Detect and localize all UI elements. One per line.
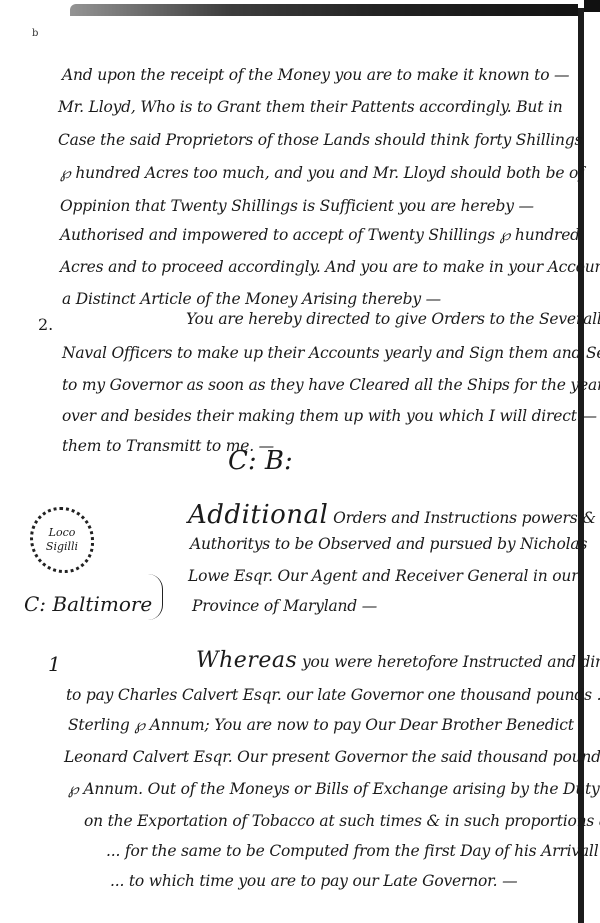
section1-line-4: ℘ hundred Acres too much, and you and Mr… bbox=[60, 164, 584, 182]
section1-line-5: Oppinion that Twenty Shillings is Suffic… bbox=[60, 197, 534, 215]
section3-line-7: ... for the same to be Computed from the… bbox=[106, 842, 600, 860]
signature-text: C: Baltimore bbox=[24, 592, 152, 616]
section3-number: 1 bbox=[48, 652, 61, 676]
section3-line-8: ... to which time you are to pay our Lat… bbox=[110, 872, 517, 890]
seal-text-loco: Loco bbox=[49, 526, 76, 540]
header-line-2: Authoritys to be Observed and pursued by… bbox=[190, 535, 587, 553]
header-line-4: Province of Maryland — bbox=[192, 597, 377, 615]
section1-line-8: a Distinct Article of the Money Arising … bbox=[62, 290, 441, 308]
section2-line-2: Naval Officers to make up their Accounts… bbox=[62, 344, 600, 362]
section1-line-3: Case the said Proprietors of those Lands… bbox=[58, 131, 582, 149]
scan-top-shadow bbox=[70, 4, 600, 16]
header-line-1-text: Orders and Instructions powers & bbox=[333, 509, 596, 527]
seal-text-sigilli: Sigilli bbox=[46, 540, 78, 554]
signature-brace bbox=[148, 574, 163, 620]
corner-mark: b bbox=[32, 28, 38, 39]
section3-opening-word: Whereas bbox=[196, 648, 297, 673]
section1-line-7: Acres and to proceed accordingly. And yo… bbox=[60, 258, 600, 276]
manuscript-page: b And upon the receipt of the Money you … bbox=[0, 0, 600, 923]
section1-line-2: Mr. Lloyd, Who is to Grant them their Pa… bbox=[58, 98, 563, 116]
section2-line-3: to my Governor as soon as they have Clea… bbox=[62, 376, 600, 394]
header-title-word: Additional bbox=[188, 500, 328, 530]
section2-line-1: You are hereby directed to give Orders t… bbox=[186, 310, 600, 328]
section3-line-3: Sterling ℘ Annum; You are now to pay Our… bbox=[68, 716, 574, 734]
loco-sigilli-seal: Loco Sigilli bbox=[30, 507, 94, 573]
section3-line-4: Leonard Calvert Esqr. Our present Govern… bbox=[64, 748, 600, 766]
section2-line-4: over and besides their making them up wi… bbox=[62, 407, 597, 425]
section3-line-2: to pay Charles Calvert Esqr. our late Go… bbox=[66, 686, 600, 704]
section3-line-1: Whereas you were heretofore Instructed a… bbox=[196, 648, 600, 673]
section3-line-6: on the Exportation of Tobacco at such ti… bbox=[84, 812, 600, 830]
section2-number: 2. bbox=[38, 315, 53, 334]
initials-cb: C: B: bbox=[228, 446, 293, 476]
section1-line-1: And upon the receipt of the Money you ar… bbox=[62, 66, 569, 84]
header-line-3: Lowe Esqr. Our Agent and Receiver Genera… bbox=[188, 567, 578, 585]
section1-line-6: Authorised and impowered to accept of Tw… bbox=[60, 226, 580, 244]
section3-line-1-text: you were heretofore Instructed and direc… bbox=[302, 653, 600, 671]
signature-baltimore: C: Baltimore bbox=[24, 592, 152, 616]
header-line-1: Additional Orders and Instructions power… bbox=[188, 500, 596, 530]
section3-line-5: ℘ Annum. Out of the Moneys or Bills of E… bbox=[68, 780, 600, 798]
